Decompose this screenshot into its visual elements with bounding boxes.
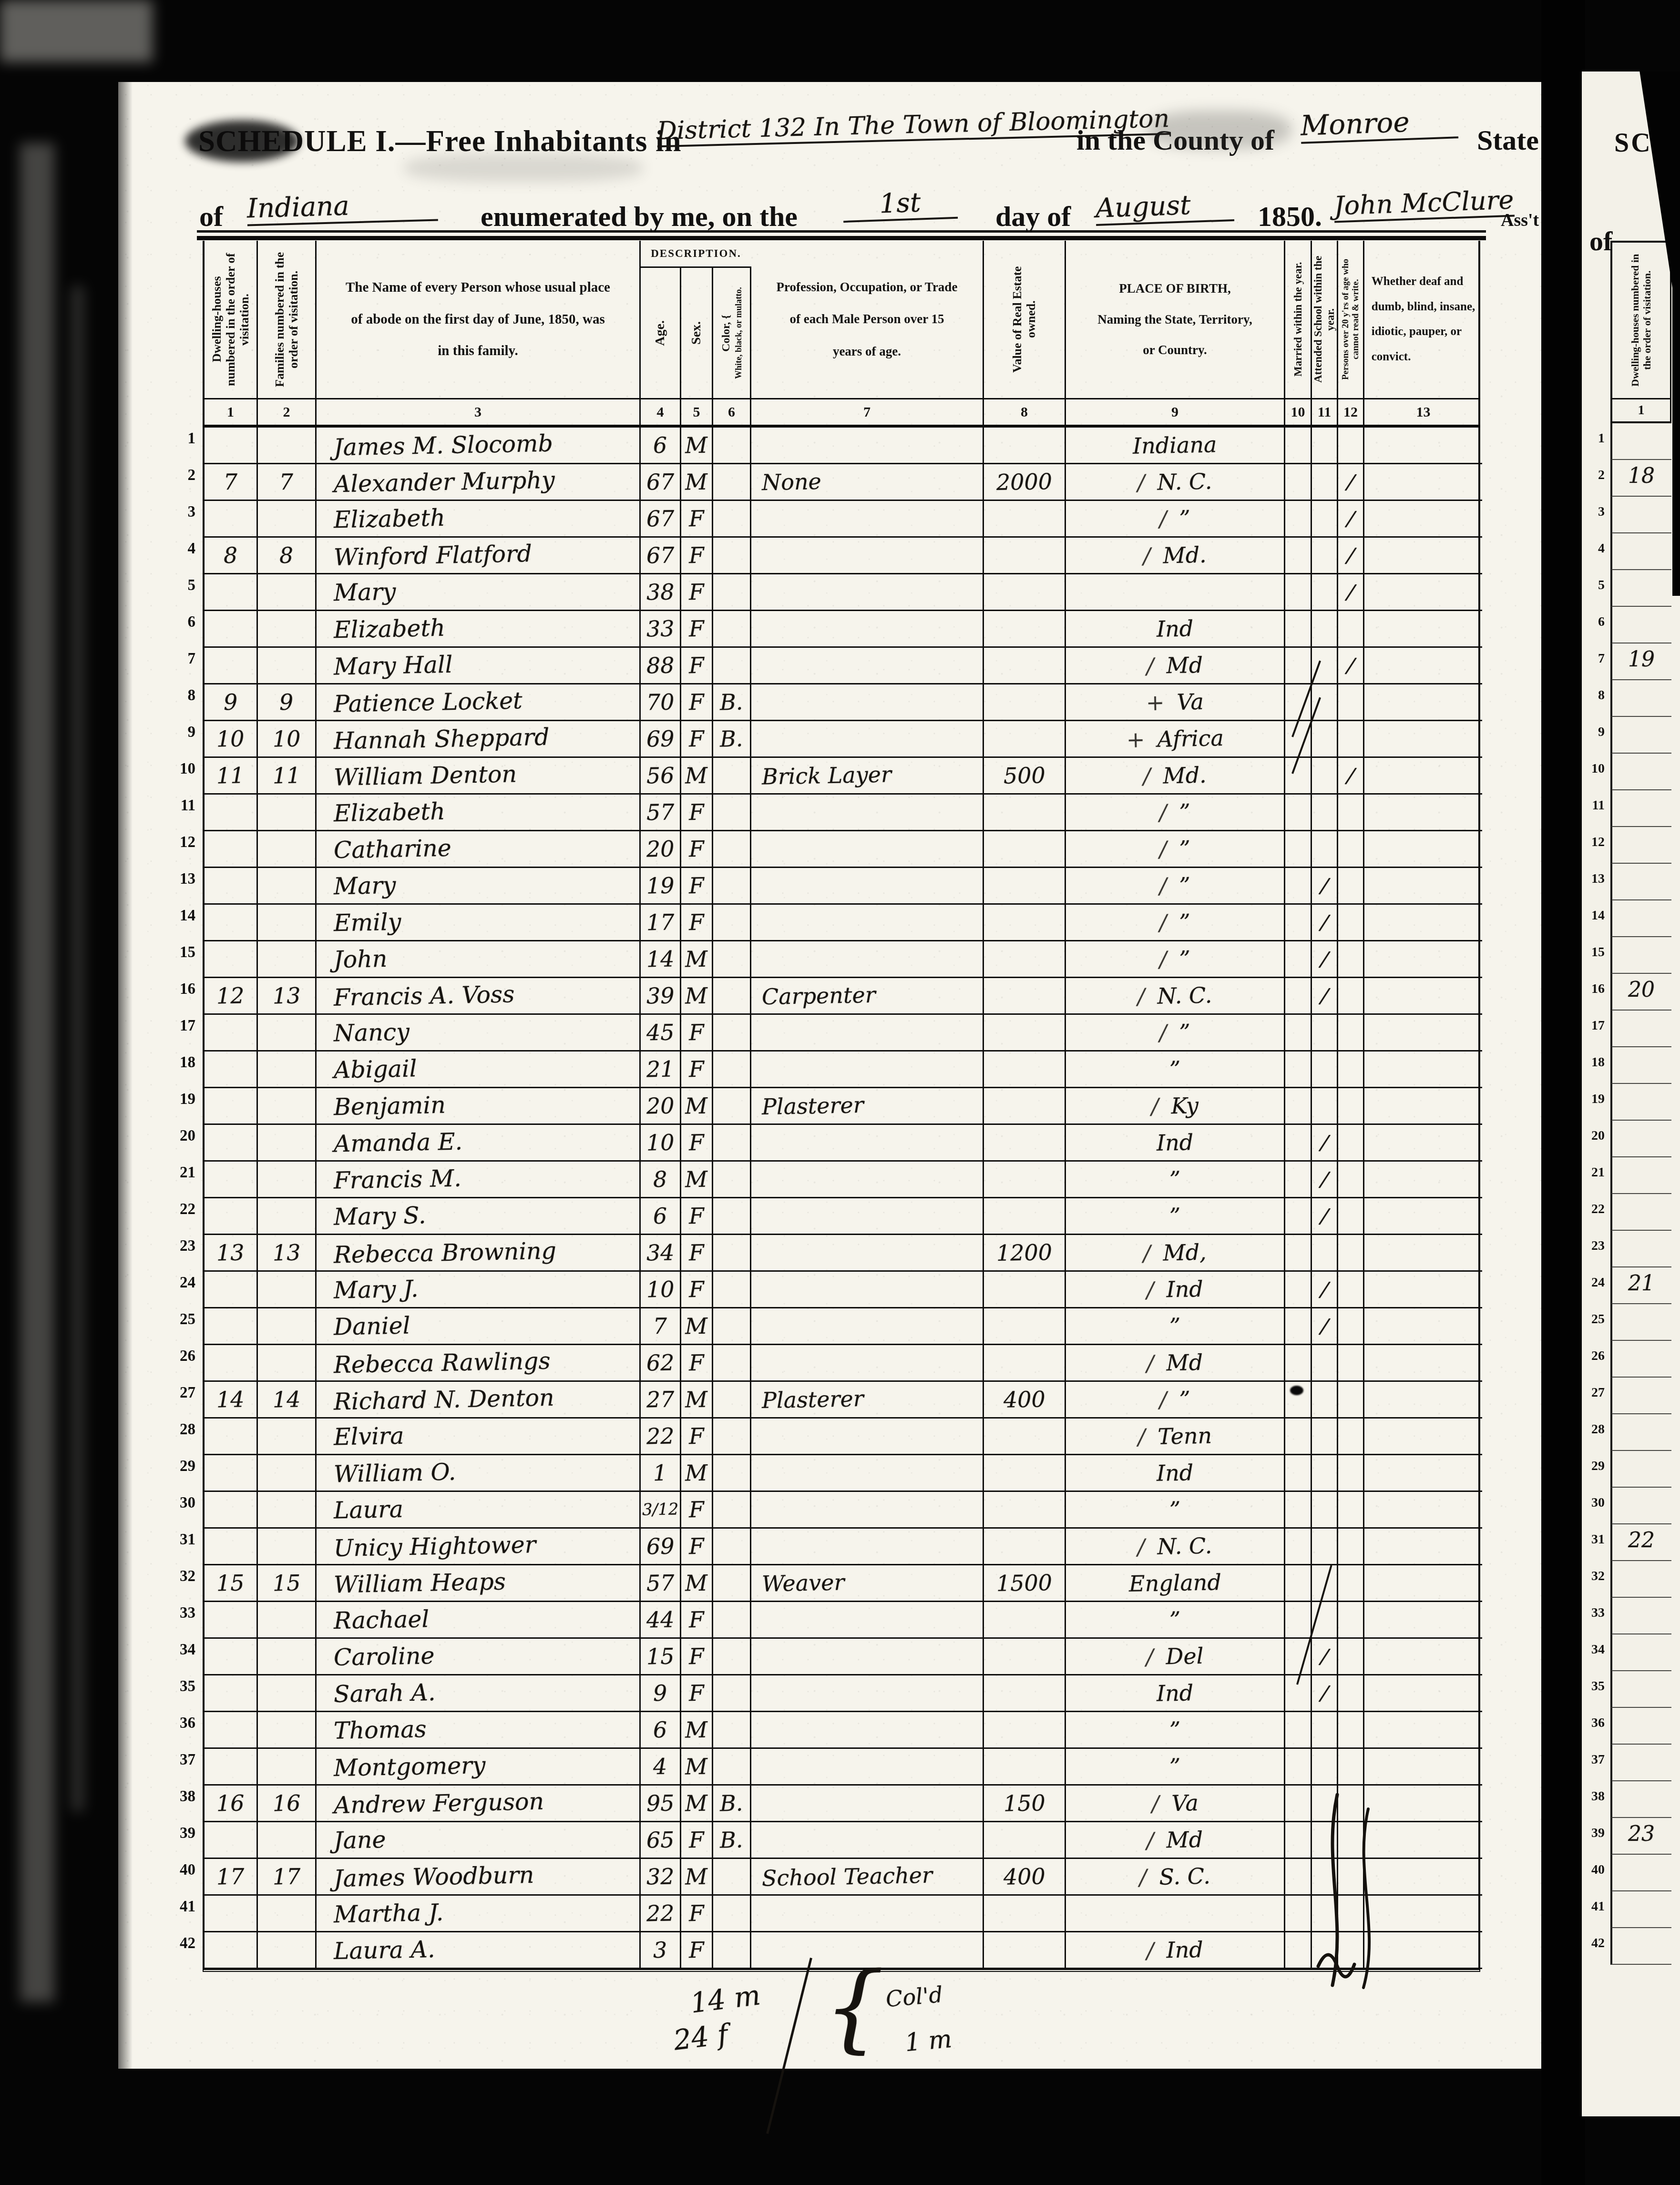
illiterate-mark-cell bbox=[1338, 1602, 1364, 1637]
next-page-row-line bbox=[1610, 790, 1671, 827]
birthplace-cell: ∕S. C. bbox=[1066, 1859, 1285, 1894]
value-cell bbox=[984, 1712, 1066, 1747]
age-cell: 27 bbox=[641, 1382, 681, 1417]
table-row: 1010Hannah Sheppard69FB.+Africa bbox=[205, 721, 1482, 758]
school-mark-cell bbox=[1312, 758, 1338, 793]
school-mark-cell bbox=[1312, 1052, 1338, 1087]
school-mark-cell bbox=[1312, 1382, 1338, 1417]
married-mark-cell bbox=[1285, 1712, 1312, 1747]
occupation-cell bbox=[751, 1235, 984, 1270]
name-cell: Elizabeth bbox=[317, 501, 641, 536]
next-page-row-line bbox=[1610, 607, 1671, 643]
occupation-cell bbox=[751, 831, 984, 867]
occupation-cell: Carpenter bbox=[751, 978, 984, 1013]
birthplace-cell: Ind bbox=[1066, 1125, 1285, 1160]
color-cell bbox=[713, 574, 751, 610]
dwelling-number-cell: 17 bbox=[205, 1859, 258, 1894]
sex-cell: F bbox=[681, 611, 713, 646]
occupation-cell bbox=[751, 684, 984, 720]
table-row: Mary S.6F”∕ bbox=[205, 1198, 1482, 1235]
next-page-row-line bbox=[1610, 1928, 1671, 1965]
dwelling-number-cell bbox=[205, 1712, 258, 1747]
birthplace-cell: ∕Md bbox=[1066, 1822, 1285, 1858]
condition-cell bbox=[1364, 1052, 1482, 1087]
next-page-line-number: 38 bbox=[1585, 1789, 1605, 1804]
line-number: 41 bbox=[143, 1898, 195, 1916]
next-page-row-line bbox=[1610, 497, 1671, 533]
condition-cell bbox=[1364, 868, 1482, 903]
sex-cell: M bbox=[681, 978, 713, 1013]
table-row: Sarah A.9FInd∕ bbox=[205, 1675, 1482, 1712]
married-mark-cell bbox=[1285, 1015, 1312, 1050]
occupation-cell: School Teacher bbox=[751, 1859, 984, 1894]
brace-glyph: { bbox=[720, 315, 732, 319]
value-cell: 400 bbox=[984, 1382, 1066, 1417]
value-cell bbox=[984, 1419, 1066, 1454]
day-of-label: day of bbox=[995, 200, 1071, 233]
value-cell bbox=[984, 1529, 1066, 1564]
table-row: Unicy Hightower69F∕N. C. bbox=[205, 1529, 1482, 1565]
illiterate-mark-cell bbox=[1338, 1419, 1364, 1454]
value-cell bbox=[984, 868, 1066, 903]
age-cell: 65 bbox=[641, 1822, 681, 1858]
condition-cell bbox=[1364, 1529, 1482, 1564]
value-cell bbox=[984, 1602, 1066, 1637]
value-cell bbox=[984, 1896, 1066, 1931]
column-number: 5 bbox=[681, 399, 713, 425]
age-cell: 9 bbox=[641, 1675, 681, 1711]
color-cell bbox=[713, 1125, 751, 1160]
line-number: 5 bbox=[143, 577, 195, 594]
tally-tick: ∕ bbox=[1159, 1387, 1167, 1412]
value-cell: 1500 bbox=[984, 1565, 1066, 1601]
state-word: State bbox=[1477, 124, 1539, 157]
family-number-cell bbox=[258, 831, 317, 867]
school-mark-cell bbox=[1312, 464, 1338, 500]
married-mark-cell bbox=[1285, 1052, 1312, 1087]
name-cell: Montgomery bbox=[317, 1749, 641, 1784]
sex-cell: F bbox=[681, 1419, 713, 1454]
dwelling-number-cell bbox=[205, 905, 258, 940]
name-cell: Richard N. Denton bbox=[317, 1382, 641, 1417]
tally-tick: ∕ bbox=[1137, 470, 1146, 495]
condition-cell bbox=[1364, 1015, 1482, 1050]
family-number-cell bbox=[258, 1052, 317, 1087]
table-row: Rachael44F” bbox=[205, 1602, 1482, 1639]
dwelling-number-cell bbox=[205, 941, 258, 977]
next-page-row-line bbox=[1610, 1561, 1671, 1598]
family-number-cell bbox=[258, 941, 317, 977]
occupation-cell bbox=[751, 574, 984, 610]
name-cell: Rachael bbox=[317, 1602, 641, 1637]
color-cell bbox=[713, 1492, 751, 1527]
name-cell: Patience Locket bbox=[317, 684, 641, 720]
next-page-line-number: 21 bbox=[1585, 1165, 1605, 1180]
table-top-rule2 bbox=[197, 236, 1486, 240]
birthplace-cell: ∕Del bbox=[1066, 1639, 1285, 1674]
occupation-cell bbox=[751, 1162, 984, 1197]
family-number-cell bbox=[258, 1272, 317, 1307]
color-cell bbox=[713, 1162, 751, 1197]
ink-blot bbox=[1290, 1386, 1303, 1395]
family-number-cell: 11 bbox=[258, 758, 317, 793]
color-cell bbox=[713, 905, 751, 940]
tally-tick: ∕ bbox=[1159, 1020, 1167, 1045]
birthplace-cell: ∕Ind bbox=[1066, 1272, 1285, 1307]
family-number-cell bbox=[258, 428, 317, 463]
next-page-line-number: 33 bbox=[1585, 1605, 1605, 1621]
birthplace-cell: Indiana bbox=[1066, 428, 1285, 463]
next-page-row-line bbox=[1610, 1451, 1671, 1488]
table-row: Caroline15F∕Del∕ bbox=[205, 1639, 1482, 1675]
next-page-row-line bbox=[1610, 1855, 1671, 1891]
age-cell: 34 bbox=[641, 1235, 681, 1270]
illiterate-mark-cell bbox=[1338, 611, 1364, 646]
family-number-cell: 13 bbox=[258, 978, 317, 1013]
value-cell bbox=[984, 428, 1066, 463]
table-row: 88Winford Flatford67F∕Md.∕ bbox=[205, 538, 1482, 574]
next-page-line-number: 31 bbox=[1585, 1532, 1605, 1547]
color-cell bbox=[713, 1455, 751, 1491]
age-cell: 67 bbox=[641, 538, 681, 573]
col-header-sex: Sex. bbox=[681, 268, 713, 398]
sex-cell: F bbox=[681, 831, 713, 867]
line-number: 13 bbox=[143, 870, 195, 888]
illiterate-mark-cell bbox=[1338, 1052, 1364, 1087]
age-cell: 38 bbox=[641, 574, 681, 610]
occupation-cell bbox=[751, 1712, 984, 1747]
line-number: 17 bbox=[143, 1017, 195, 1035]
married-mark-cell bbox=[1285, 1162, 1312, 1197]
enumerated-by-label: enumerated by me, on the bbox=[481, 200, 798, 233]
name-cell: Emily bbox=[317, 905, 641, 940]
occupation-cell bbox=[751, 1308, 984, 1344]
tally-colored-males: 1 m bbox=[904, 2025, 953, 2057]
dwelling-number-cell bbox=[205, 1198, 258, 1234]
name-cell: Alexander Murphy bbox=[317, 464, 641, 500]
table-rows: James M. Slocomb6MIndiana77Alexander Mur… bbox=[203, 427, 1480, 1972]
occupation-cell bbox=[751, 1419, 984, 1454]
dwelling-number-cell bbox=[205, 1749, 258, 1784]
value-cell: 150 bbox=[984, 1786, 1066, 1821]
column-number: 9 bbox=[1066, 399, 1285, 425]
value-cell bbox=[984, 1198, 1066, 1234]
birthplace-cell: ∕” bbox=[1066, 1015, 1285, 1050]
film-streak bbox=[20, 143, 54, 2002]
next-page-row-line bbox=[1610, 1708, 1671, 1745]
tally-tick: ∕ bbox=[1139, 1864, 1147, 1890]
tally-tick: ∕ bbox=[1147, 1828, 1155, 1853]
school-mark-cell bbox=[1312, 1235, 1338, 1270]
family-number-cell: 9 bbox=[258, 684, 317, 720]
next-page-line-number: 16 bbox=[1585, 981, 1605, 997]
color-cell bbox=[713, 1749, 751, 1784]
census-scan: SCHEDULE I.—Free Inhabitants in District… bbox=[0, 0, 1680, 2185]
film-streak bbox=[0, 0, 153, 62]
table-row: Catharine20F∕” bbox=[205, 831, 1482, 868]
table-row: Thomas6M” bbox=[205, 1712, 1482, 1749]
name-cell: James Woodburn bbox=[317, 1859, 641, 1894]
dwelling-number-cell bbox=[205, 1272, 258, 1307]
illiterate-mark-cell bbox=[1338, 1308, 1364, 1344]
family-number-cell bbox=[258, 1345, 317, 1380]
family-number-cell bbox=[258, 1639, 317, 1674]
married-mark-cell bbox=[1285, 1749, 1312, 1784]
color-cell bbox=[713, 1529, 751, 1564]
condition-cell bbox=[1364, 501, 1482, 536]
age-cell: 20 bbox=[641, 831, 681, 867]
next-page-dwelling-number: 22 bbox=[1613, 1528, 1670, 1552]
table-row: Nancy45F∕” bbox=[205, 1015, 1482, 1052]
dwelling-number-cell bbox=[205, 1492, 258, 1527]
illiterate-mark-cell bbox=[1338, 1529, 1364, 1564]
occupation-cell: Weaver bbox=[751, 1565, 984, 1601]
occupation-cell bbox=[751, 905, 984, 940]
birthplace-cell: ∕Md, bbox=[1066, 1235, 1285, 1270]
next-page-dwelling-number: 21 bbox=[1613, 1271, 1670, 1296]
married-mark-cell bbox=[1285, 795, 1312, 830]
married-mark-cell bbox=[1285, 1088, 1312, 1123]
birthplace-cell: ∕Tenn bbox=[1066, 1419, 1285, 1454]
color-cell bbox=[713, 611, 751, 646]
school-mark-cell: ∕ bbox=[1312, 1639, 1338, 1674]
family-number-cell: 8 bbox=[258, 538, 317, 573]
illiterate-mark-cell bbox=[1338, 1272, 1364, 1307]
name-cell: Nancy bbox=[317, 1015, 641, 1050]
name-cell: James M. Slocomb bbox=[317, 428, 641, 463]
sex-cell: F bbox=[681, 1492, 713, 1527]
condition-cell bbox=[1364, 1125, 1482, 1160]
age-cell: 95 bbox=[641, 1786, 681, 1821]
next-page-line-number: 42 bbox=[1585, 1936, 1605, 1951]
schedule-page: SCHEDULE I.—Free Inhabitants in District… bbox=[118, 82, 1541, 2069]
name-cell: Mary J. bbox=[317, 1272, 641, 1307]
family-number-cell bbox=[258, 795, 317, 830]
illiterate-mark-cell bbox=[1338, 941, 1364, 977]
birthplace-cell: Ind bbox=[1066, 1675, 1285, 1711]
line-number: 14 bbox=[143, 907, 195, 925]
family-number-cell bbox=[258, 1088, 317, 1123]
name-cell: Mary bbox=[317, 868, 641, 903]
dwelling-number-cell bbox=[205, 1088, 258, 1123]
col-header-dwelling: Dwelling-houses numbered in the order of… bbox=[205, 241, 258, 398]
gray-smear bbox=[1148, 111, 1291, 149]
condition-cell bbox=[1364, 648, 1482, 683]
next-page-of-word: of bbox=[1589, 225, 1612, 257]
married-mark-cell bbox=[1285, 1675, 1312, 1711]
color-cell bbox=[713, 831, 751, 867]
next-page-line-number: 8 bbox=[1585, 688, 1605, 703]
sex-cell: F bbox=[681, 1198, 713, 1234]
illiterate-mark-cell bbox=[1338, 721, 1364, 756]
name-cell: Elizabeth bbox=[317, 795, 641, 830]
sex-cell: M bbox=[681, 1088, 713, 1123]
tally-tick: ∕ bbox=[1147, 1277, 1155, 1303]
married-mark-cell bbox=[1285, 1602, 1312, 1637]
illiterate-mark-cell: ∕ bbox=[1338, 648, 1364, 683]
line-number: 40 bbox=[143, 1861, 195, 1879]
next-page-row-line bbox=[1610, 1011, 1671, 1047]
occupation-cell bbox=[751, 1639, 984, 1674]
line-number: 7 bbox=[143, 650, 195, 668]
dwelling-number-cell bbox=[205, 428, 258, 463]
value-cell: 400 bbox=[984, 1859, 1066, 1894]
age-cell: 56 bbox=[641, 758, 681, 793]
name-cell: Abigail bbox=[317, 1052, 641, 1087]
next-page-row-line bbox=[1610, 754, 1671, 790]
family-number-cell bbox=[258, 648, 317, 683]
birthplace-cell: ∕” bbox=[1066, 941, 1285, 977]
name-cell: Thomas bbox=[317, 1712, 641, 1747]
illiterate-mark-cell: ∕ bbox=[1338, 464, 1364, 500]
color-cell bbox=[713, 1052, 751, 1087]
school-mark-cell bbox=[1312, 1455, 1338, 1491]
married-mark-cell bbox=[1285, 1529, 1312, 1564]
illiterate-mark-cell bbox=[1338, 1088, 1364, 1123]
table-row: Amanda E.10FInd∕ bbox=[205, 1125, 1482, 1162]
birthplace-cell: ∕” bbox=[1066, 1382, 1285, 1417]
line-number: 21 bbox=[143, 1164, 195, 1182]
family-number-cell bbox=[258, 1419, 317, 1454]
condition-cell bbox=[1364, 1272, 1482, 1307]
next-page-line-number: 39 bbox=[1585, 1826, 1605, 1841]
occupation-cell: Plasterer bbox=[751, 1382, 984, 1417]
illiterate-mark-cell: ∕ bbox=[1338, 758, 1364, 793]
occupation-cell bbox=[751, 1052, 984, 1087]
value-cell bbox=[984, 1125, 1066, 1160]
next-page-row-line bbox=[1610, 937, 1671, 974]
value-cell bbox=[984, 1162, 1066, 1197]
line-number: 25 bbox=[143, 1311, 195, 1328]
dwelling-number-cell bbox=[205, 1455, 258, 1491]
next-page-line-number: 14 bbox=[1585, 908, 1605, 923]
color-cell bbox=[713, 941, 751, 977]
condition-cell bbox=[1364, 1088, 1482, 1123]
sex-cell: M bbox=[681, 1382, 713, 1417]
age-cell: 4 bbox=[641, 1749, 681, 1784]
school-mark-cell: ∕ bbox=[1312, 1162, 1338, 1197]
next-page-line-number: 7 bbox=[1585, 651, 1605, 666]
color-cell bbox=[713, 758, 751, 793]
sex-cell: M bbox=[681, 1162, 713, 1197]
line-number: 8 bbox=[143, 687, 195, 705]
dwelling-number-cell: 10 bbox=[205, 721, 258, 756]
next-page-row-line bbox=[1610, 1378, 1671, 1414]
age-cell: 1 bbox=[641, 1455, 681, 1491]
name-cell: Laura bbox=[317, 1492, 641, 1527]
illiterate-mark-cell bbox=[1338, 795, 1364, 830]
next-page-row-line bbox=[1610, 1891, 1671, 1928]
married-mark-cell bbox=[1285, 758, 1312, 793]
illiterate-mark-cell bbox=[1338, 1125, 1364, 1160]
condition-cell bbox=[1364, 428, 1482, 463]
school-mark-cell bbox=[1312, 428, 1338, 463]
tally-tick: ∕ bbox=[1143, 1240, 1151, 1266]
table-header: Dwelling-houses numbered in the order of… bbox=[203, 241, 1480, 398]
name-cell: Laura A. bbox=[317, 1932, 641, 1968]
illiterate-mark-cell: ∕ bbox=[1338, 538, 1364, 573]
illiterate-mark-cell bbox=[1338, 1345, 1364, 1380]
married-mark-cell bbox=[1285, 648, 1312, 683]
married-mark-cell bbox=[1285, 978, 1312, 1013]
married-mark-cell bbox=[1285, 1235, 1312, 1270]
tally-tick: ∕ bbox=[1147, 1350, 1155, 1376]
condition-cell bbox=[1364, 574, 1482, 610]
color-cell bbox=[713, 501, 751, 536]
line-number: 29 bbox=[143, 1458, 195, 1475]
family-number-cell bbox=[258, 1455, 317, 1491]
next-page-row-line bbox=[1610, 570, 1671, 607]
strip-edge-shadow bbox=[1672, 71, 1680, 596]
next-page-row-line bbox=[1610, 680, 1671, 717]
name-cell: Sarah A. bbox=[317, 1675, 641, 1711]
value-cell bbox=[984, 684, 1066, 720]
birthplace-cell: ∕” bbox=[1066, 868, 1285, 903]
col-header-condition: Whether deaf and dumb, blind, insane, id… bbox=[1364, 241, 1482, 398]
condition-cell bbox=[1364, 1308, 1482, 1344]
dwelling-number-cell bbox=[205, 1639, 258, 1674]
value-cell bbox=[984, 905, 1066, 940]
family-number-cell bbox=[258, 1015, 317, 1050]
color-cell bbox=[713, 1419, 751, 1454]
value-cell bbox=[984, 1639, 1066, 1674]
occupation-cell bbox=[751, 1198, 984, 1234]
occupation-cell bbox=[751, 1602, 984, 1637]
sex-cell: F bbox=[681, 721, 713, 756]
birthplace-cell: Ind bbox=[1066, 1455, 1285, 1491]
birthplace-cell: ∕N. C. bbox=[1066, 1529, 1285, 1564]
birthplace-cell: ” bbox=[1066, 1162, 1285, 1197]
tally-tick: ∕ bbox=[1146, 1644, 1154, 1670]
name-cell: Rebecca Browning bbox=[317, 1235, 641, 1270]
column-number: 12 bbox=[1338, 399, 1364, 425]
table-row: Daniel7M”∕ bbox=[205, 1308, 1482, 1345]
table-row: Benjamin20MPlasterer∕Ky bbox=[205, 1088, 1482, 1125]
sex-cell: F bbox=[681, 574, 713, 610]
condition-cell bbox=[1364, 941, 1482, 977]
school-mark-cell bbox=[1312, 1749, 1338, 1784]
dwelling-number-cell bbox=[205, 501, 258, 536]
name-cell: William Heaps bbox=[317, 1565, 641, 1601]
line-number: 32 bbox=[143, 1568, 195, 1585]
illiterate-mark-cell bbox=[1338, 1565, 1364, 1601]
birthplace-cell: ∕N. C. bbox=[1066, 464, 1285, 500]
condition-cell bbox=[1364, 1602, 1482, 1637]
table-row: Mary Hall88F∕Md∕ bbox=[205, 648, 1482, 684]
column-number: 7 bbox=[751, 399, 984, 425]
color-cell bbox=[713, 1932, 751, 1968]
birthplace-cell: ” bbox=[1066, 1602, 1285, 1637]
line-number: 31 bbox=[143, 1531, 195, 1549]
line-number: 15 bbox=[143, 944, 195, 961]
school-mark-cell: ∕ bbox=[1312, 905, 1338, 940]
dwelling-number-cell bbox=[205, 574, 258, 610]
tally-tick: ∕ bbox=[1159, 506, 1167, 531]
col-header-name: The Name of every Person whose usual pla… bbox=[317, 241, 641, 398]
birthplace-cell: ∕N. C. bbox=[1066, 978, 1285, 1013]
school-mark-cell: ∕ bbox=[1312, 978, 1338, 1013]
tally-tick: + bbox=[1146, 689, 1165, 715]
condition-cell bbox=[1364, 795, 1482, 830]
col-header-occupation: Profession, Occupation, or Trade of each… bbox=[751, 241, 984, 398]
illiterate-mark-cell bbox=[1338, 1712, 1364, 1747]
col-header-value: Value of Real Estate owned. bbox=[984, 241, 1066, 398]
age-cell: 14 bbox=[641, 941, 681, 977]
next-page-line-number: 20 bbox=[1585, 1128, 1605, 1144]
family-number-cell bbox=[258, 1125, 317, 1160]
col-header-married: Married within the year. bbox=[1285, 241, 1312, 398]
dwelling-number-cell bbox=[205, 1932, 258, 1968]
